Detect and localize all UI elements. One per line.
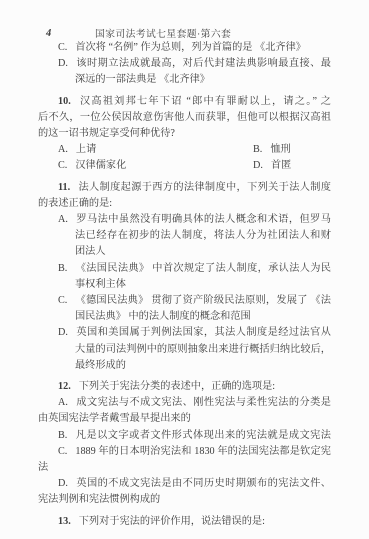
line-text: 成文宪法与不成文宪法、刚性宪法与柔性宪法的分类是 bbox=[76, 397, 331, 408]
question-number: 12. bbox=[58, 381, 71, 392]
option-label: C. bbox=[58, 295, 67, 306]
text-line: 的这一诏书规定享受何种优待? bbox=[38, 126, 331, 142]
line-text: 下列关于宪法分类的表述中，正确的选项是: bbox=[79, 381, 275, 392]
line-text: 后不久，一位公侯因故意伤害他人而获罪，但他可以根据汉高祖 bbox=[38, 112, 331, 123]
line-text: 《德国民法典》 贯彻了资产阶级民法原则，发展了 《法 bbox=[75, 295, 331, 306]
option-label: D. bbox=[58, 327, 68, 338]
text-line: B.凡是以文字或者文件形式体现出来的宪法就是成文宪法 bbox=[58, 428, 331, 444]
text-line: A.成文宪法与不成文宪法、刚性宪法与柔性宪法的分类是 bbox=[58, 395, 331, 411]
line-text: 英国和美国属于判例法国家，其法人制度是经过法官从 bbox=[76, 327, 331, 338]
line-text: 大量的司法判例中的原则抽象出来进行概括归纳比较后， bbox=[75, 344, 331, 355]
option-label: D. bbox=[58, 58, 68, 69]
option-label: C. bbox=[58, 446, 67, 457]
line-text: 国民法典》 中的法人制度的概念和范围 bbox=[75, 311, 251, 322]
text-line: D.英国和美国属于判例法国家，其法人制度是经过法官从 bbox=[58, 325, 331, 341]
text-line: 10.汉高祖刘邦七年下诏 “郎中有罪耐以上，请之。” 之 bbox=[58, 94, 331, 110]
option-label: A. bbox=[58, 397, 68, 408]
text-line: C.《德国民法典》 贯彻了资产阶级民法原则，发展了 《法 bbox=[58, 293, 331, 309]
text-line: 由英国宪法学者戴雪最早提出来的 bbox=[38, 411, 331, 427]
text-line: 大量的司法判例中的原则抽象出来进行概括归纳比较后， bbox=[75, 342, 331, 358]
line-text: 下列对于宪法的评价作用，说法错误的是: bbox=[79, 516, 265, 527]
option-cell: C.汉律儒家化 bbox=[58, 158, 253, 174]
line-text: 汉高祖刘邦七年下诏 “郎中有罪耐以上，请之。” 之 bbox=[79, 96, 331, 107]
line-text: 法已经存在初步的法人制度，将法人分为社团法人和财 bbox=[75, 230, 331, 241]
line-text: 法 bbox=[38, 462, 48, 473]
page-number: 4 bbox=[46, 28, 51, 40]
option-label: C. bbox=[58, 160, 67, 171]
text-line: 11.法人制度起源于西方的法律制度中，下列关于法人制度 bbox=[58, 180, 331, 196]
line-text: 由英国宪法学者戴雪最早提出来的 bbox=[38, 413, 191, 424]
line-text: 事权利主体 bbox=[75, 279, 126, 290]
text-line: C.1889 年的日本明治宪法和 1830 年的法国宪法都是钦定宪 bbox=[58, 444, 331, 460]
question-number: 11. bbox=[58, 182, 70, 193]
line-text: 法人制度起源于西方的法律制度中，下列关于法人制度 bbox=[78, 182, 331, 193]
text-line: 国民法典》 中的法人制度的概念和范围 bbox=[75, 309, 331, 325]
text-line: 深远的一部法典是 《北齐律》 bbox=[75, 72, 331, 88]
option-label: A. bbox=[58, 144, 68, 155]
option-cell: A.上请 bbox=[58, 142, 253, 158]
line-text: 英国的不成文宪法是由不同历史时期颁布的宪法文件、 bbox=[76, 478, 331, 489]
option-label: D. bbox=[58, 478, 68, 489]
option-label: A. bbox=[58, 214, 68, 225]
line-text: 深远的一部法典是 《北齐律》 bbox=[75, 74, 210, 85]
text-line: D.该时期立法成就最高，对后代封建法典影响最直接、最 bbox=[58, 56, 331, 72]
option-cell: B.恤刑 bbox=[253, 142, 291, 158]
line-text: 汉律儒家化 bbox=[75, 160, 126, 171]
line-text: 凡是以文字或者文件形式体现出来的宪法就是成文宪法 bbox=[75, 430, 331, 441]
text-line: 事权利主体 bbox=[75, 277, 331, 293]
line-text: 的表述正确的是: bbox=[38, 198, 112, 209]
option-label: B. bbox=[253, 144, 262, 155]
line-text: 的这一诏书规定享受何种优待? bbox=[38, 128, 175, 139]
option-label: B. bbox=[58, 263, 67, 274]
text-line: 最终形成的 bbox=[75, 358, 331, 374]
line-text: 首次将 “名例” 作为总则，列为首篇的是 《北齐律》 bbox=[75, 42, 306, 53]
exam-page: 4 国家司法考试七星套题·第六套 C.首次将 “名例” 作为总则，列为首篇的是 … bbox=[0, 0, 369, 539]
line-text: 罗马法中虽然没有明确具体的法人概念和术语，但罗马 bbox=[76, 214, 331, 225]
question-number: 13. bbox=[58, 516, 71, 527]
text-line: A.罗马法中虽然没有明确具体的法人概念和术语，但罗马 bbox=[58, 212, 331, 228]
line-text: 宪法判例和宪法惯例构成的 bbox=[38, 494, 160, 505]
line-text: 团法人 bbox=[75, 246, 106, 257]
text-line: 宪法判例和宪法惯例构成的 bbox=[38, 492, 331, 508]
line-text: 1889 年的日本明治宪法和 1830 年的法国宪法都是钦定宪 bbox=[75, 446, 331, 457]
question-number: 10. bbox=[58, 96, 71, 107]
text-line: 12.下列关于宪法分类的表述中，正确的选项是: bbox=[58, 379, 331, 395]
line-text: 《法国民法典》 中首次规定了法人制度，承认法人为民 bbox=[75, 263, 331, 274]
options-row: C.汉律儒家化D.首匿 bbox=[58, 158, 331, 174]
text-line: 后不久，一位公侯因故意伤害他人而获罪，但他可以根据汉高祖 bbox=[38, 110, 331, 126]
line-text: 该时期立法成就最高，对后代封建法典影响最直接、最 bbox=[76, 58, 331, 69]
option-label: D. bbox=[253, 160, 263, 171]
line-text: 上请 bbox=[76, 144, 96, 155]
option-label: B. bbox=[58, 430, 67, 441]
line-text: 最终形成的 bbox=[75, 360, 126, 371]
text-line: 法已经存在初步的法人制度，将法人分为社团法人和财 bbox=[75, 228, 331, 244]
text-line: 法 bbox=[38, 460, 331, 476]
line-text: 恤刑 bbox=[270, 144, 290, 155]
options-row: A.上请B.恤刑 bbox=[58, 142, 331, 158]
text-line: C.首次将 “名例” 作为总则，列为首篇的是 《北齐律》 bbox=[58, 40, 331, 56]
text-line: 的表述正确的是: bbox=[38, 196, 331, 212]
document-body: C.首次将 “名例” 作为总则，列为首篇的是 《北齐律》D.该时期立法成就最高，… bbox=[38, 40, 331, 530]
text-line: D.英国的不成文宪法是由不同历史时期颁布的宪法文件、 bbox=[58, 476, 331, 492]
text-line: 团法人 bbox=[75, 244, 331, 260]
line-text: 首匿 bbox=[271, 160, 291, 171]
text-line: B.《法国民法典》 中首次规定了法人制度，承认法人为民 bbox=[58, 261, 331, 277]
option-label: C. bbox=[58, 42, 67, 53]
option-cell: D.首匿 bbox=[253, 158, 291, 174]
text-line: 13.下列对于宪法的评价作用，说法错误的是: bbox=[58, 514, 331, 530]
